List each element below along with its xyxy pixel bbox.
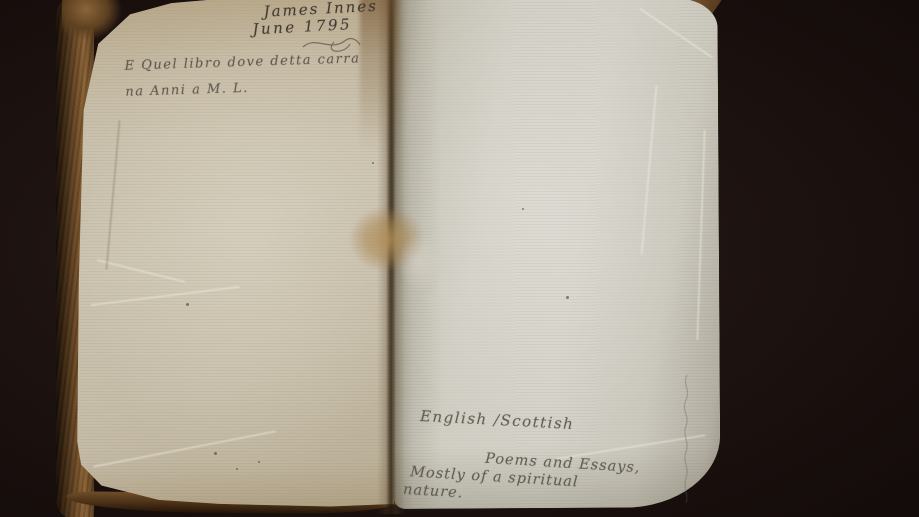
paper-speck <box>214 452 217 455</box>
photo-open-antique-book: James Innes June 1795 E Quel libro dove … <box>0 0 919 517</box>
paper-speck <box>236 468 238 470</box>
paper-speck <box>186 303 189 306</box>
paper-speck <box>566 296 569 299</box>
flyleaf-note: E Quel libro dove detta carra na Anni a … <box>124 46 361 105</box>
paper-speck <box>258 461 260 463</box>
paper-speck <box>372 162 374 164</box>
center-paper-blister <box>398 232 442 292</box>
vertical-pencil-writing-illegible <box>676 372 698 506</box>
paper-speck <box>522 208 524 210</box>
